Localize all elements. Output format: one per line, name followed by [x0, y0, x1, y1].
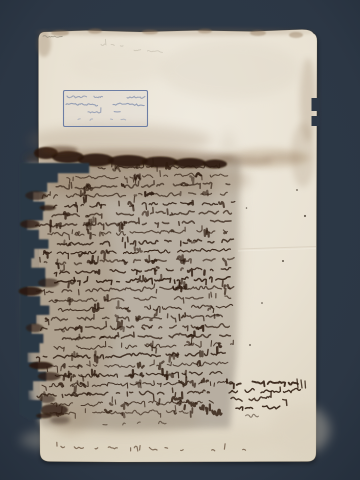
manuscript-photo	[0, 0, 360, 480]
library-stamp	[64, 91, 148, 127]
manuscript-photograph	[0, 0, 360, 480]
manuscript-page	[19, 28, 330, 462]
stamp-border	[64, 91, 148, 127]
